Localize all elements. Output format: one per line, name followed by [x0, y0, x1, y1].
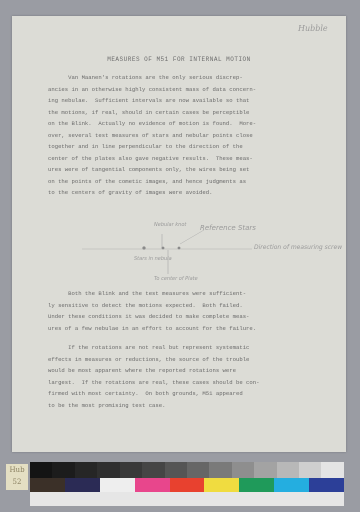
gray-swatch [254, 462, 276, 478]
ruler-scale [30, 492, 344, 506]
label-reference-stars: Reference Stars [200, 224, 256, 232]
gray-swatch [232, 462, 254, 478]
color-strip [30, 478, 344, 492]
document-title: MEASURES OF M51 FOR INTERNAL MOTION [12, 56, 346, 63]
label-direction-screw: Direction of measuring screw [254, 244, 342, 251]
gray-swatch [209, 462, 231, 478]
gray-swatch [299, 462, 321, 478]
document-page: Hubble MEASURES OF M51 FOR INTERNAL MOTI… [12, 16, 346, 452]
label-stars-in-nebula: Stars in nebula [134, 256, 172, 262]
color-swatch [135, 478, 170, 492]
gray-swatch [277, 462, 299, 478]
gray-swatch [165, 462, 187, 478]
gray-swatch [30, 462, 52, 478]
label-nebular-knot: Nebular knot [154, 222, 186, 228]
paragraph-2: Both the Blink and the test measures wer… [48, 288, 318, 334]
gray-swatch [120, 462, 142, 478]
archive-label-line1: Hub [6, 464, 28, 476]
color-swatch [274, 478, 309, 492]
gray-swatch [321, 462, 343, 478]
archive-label: Hub 52 [6, 464, 28, 490]
color-swatch [239, 478, 274, 492]
color-calibration-chart [30, 462, 344, 506]
gray-swatch [142, 462, 164, 478]
color-swatch [204, 478, 239, 492]
grayscale-strip [30, 462, 344, 478]
color-swatch [170, 478, 205, 492]
gray-swatch [75, 462, 97, 478]
color-swatch [309, 478, 344, 492]
color-swatch [30, 478, 65, 492]
gray-swatch [187, 462, 209, 478]
label-center-of-plate: To center of Plate [154, 276, 198, 282]
sketch-diagram: Nebular knot Reference Stars Direction o… [82, 216, 342, 286]
color-swatch [65, 478, 100, 492]
color-swatch [100, 478, 135, 492]
gray-swatch [52, 462, 74, 478]
paragraph-1: Van Maanen's rotations are the only seri… [48, 72, 318, 199]
handwritten-annotation: Hubble [298, 24, 328, 33]
gray-swatch [97, 462, 119, 478]
paragraph-3: If the rotations are not real but repres… [48, 342, 318, 411]
archive-label-line2: 52 [6, 476, 28, 488]
